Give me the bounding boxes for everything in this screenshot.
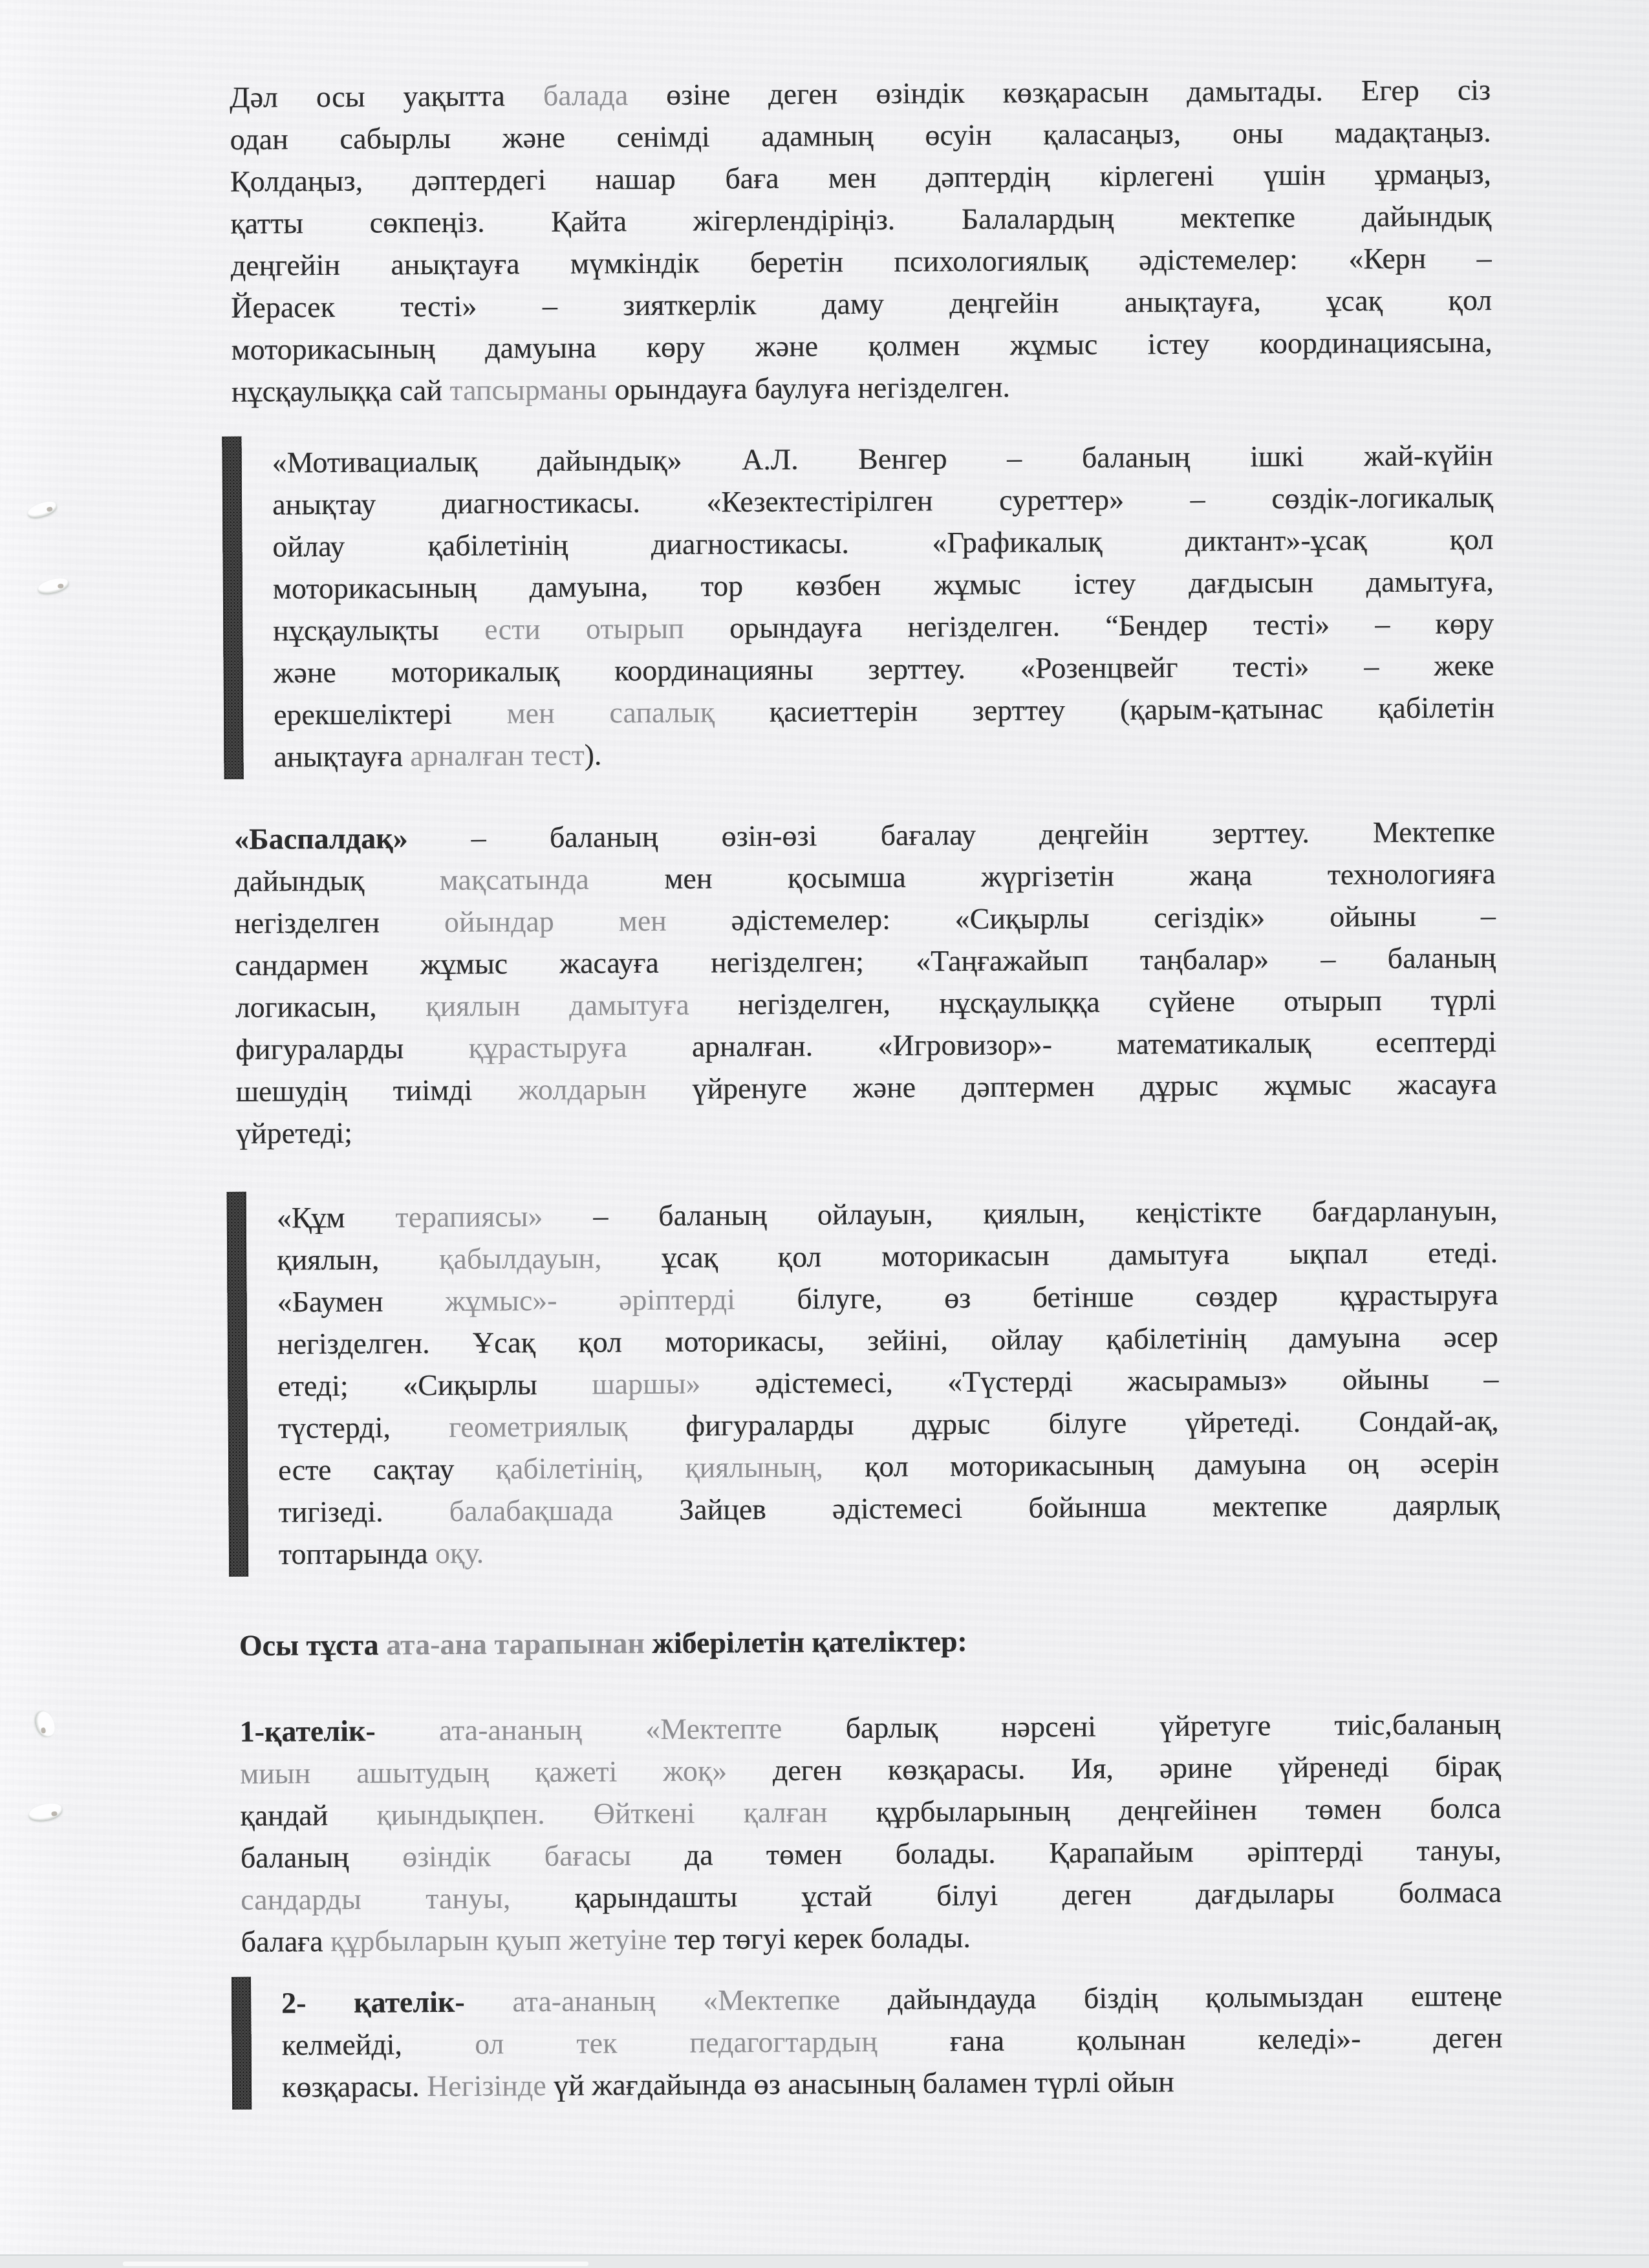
block-text: «Мотивациалық дайындық» А.Л. Венгер – ба… xyxy=(272,434,1494,778)
text-line: 1-қателік- ата-ананың «Мектепте барлық н… xyxy=(239,1703,1500,1753)
faded-ink-text: қиындықпен. Өйткені қалған xyxy=(376,1795,828,1831)
faded-ink-text: сандарды тануы, xyxy=(241,1881,510,1916)
text-line: негізделген. Ұсақ қол моторикасы, зейіні… xyxy=(277,1315,1498,1365)
text-line: нұсқаулықты ести отырып орындауға негізд… xyxy=(273,602,1494,652)
faded-ink-text: ойындар мен xyxy=(444,904,667,938)
text-line: баланың өзіндік бағасы да төмен болады. … xyxy=(241,1829,1502,1879)
text-line: сандармен жұмыс жасауға негізделген; «Та… xyxy=(235,936,1496,986)
faded-ink-text: қабылдауын, xyxy=(439,1241,602,1275)
text-line: түстерді, геометриялық фигураларды дұрыс… xyxy=(278,1399,1499,1449)
bold-text: 1-қателік- xyxy=(239,1714,375,1748)
scanner-edge-band xyxy=(0,2254,1649,2268)
text-line: одан сабырлы және сенімді адамның өсуін … xyxy=(230,111,1491,160)
faded-ink-text: өзіндік бағасы xyxy=(402,1839,631,1873)
text-line: деңгейін анықтауға мүмкіндік беретін пси… xyxy=(231,237,1492,286)
block-text: 2- қателік- ата-ананың «Мектепке дайында… xyxy=(281,1974,1503,2108)
text-line: және моторикалық координацияны зерттеу. … xyxy=(273,644,1494,694)
text-line: сандарды тануы, қарындашты ұстай білуі д… xyxy=(241,1871,1502,1921)
mistake-1-paragraph: 1-қателік- ата-ананың «Мектепте барлық н… xyxy=(230,1703,1502,1963)
faded-ink-text: ата-ана тарапынан xyxy=(386,1626,645,1661)
faded-ink-text: ести отырып xyxy=(484,612,684,646)
quote-accent-bar xyxy=(227,1192,249,1577)
faded-ink-text: балада xyxy=(543,78,629,112)
mistakes-heading: Осы тұста ата-ана тарапынан жіберілетін … xyxy=(230,1617,1500,1667)
mistake-2-quote: 2- қателік- ата-ананың «Мектепке дайында… xyxy=(232,1974,1503,2108)
text-line: дайындық мақсатында мен қосымша жүргізет… xyxy=(234,852,1495,902)
block-text: 1-қателік- ата-ананың «Мектепте барлық н… xyxy=(230,1703,1502,1963)
faded-ink-text: құрбыларын қуып жетуіне xyxy=(330,1923,667,1958)
faded-ink-text: арналған тест xyxy=(410,739,585,773)
text-line: үйретеді; xyxy=(236,1105,1497,1154)
quote-sand-therapy: «Құм терапиясы» – баланың ойлауын, қиялы… xyxy=(227,1189,1500,1575)
text-line: «Баумен жұмыс»- әріптерді білуге, өз бет… xyxy=(277,1273,1498,1323)
faded-ink-text: мен сапалық xyxy=(506,695,715,729)
text-line: шешудің тиімді жолдарын үйренуге және дә… xyxy=(235,1063,1496,1112)
staple-dent-mark xyxy=(28,1802,63,1822)
faded-ink-text: жұмыс»- әріптерді xyxy=(445,1282,735,1317)
text-line: топтарында оқу. xyxy=(279,1526,1500,1575)
quote-accent-bar xyxy=(222,437,243,779)
text-line: тигізеді. балабақшада Зайцев әдістемесі … xyxy=(278,1484,1499,1533)
text-line: балаға құрбыларын қуып жетуіне тер төгуі… xyxy=(241,1913,1502,1963)
scanner-edge-highlight xyxy=(123,2262,588,2266)
text-line: негізделген ойындар мен әдістемелер: «Си… xyxy=(235,894,1496,944)
text-line: ойлау қабілетінің диагностикасы. «График… xyxy=(272,518,1493,568)
block-text: Осы тұста ата-ана тарапынан жіберілетін … xyxy=(230,1617,1500,1667)
bold-text: «Баспалдақ» xyxy=(234,821,408,856)
text-line: 2- қателік- ата-ананың «Мектепке дайында… xyxy=(281,1974,1502,2024)
text-line: «Мотивациалық дайындық» А.Л. Венгер – ба… xyxy=(272,434,1493,484)
text-line: «Құм терапиясы» – баланың ойлауын, қиялы… xyxy=(277,1189,1498,1239)
faded-ink-text: ол тек педагогтардың xyxy=(475,2025,878,2060)
faded-ink-text: балабақшада xyxy=(449,1493,614,1528)
faded-ink-text: ата-ананың «Мектепке xyxy=(512,1983,840,2018)
faded-ink-text: ата-ананың «Мектепте xyxy=(439,1712,782,1747)
faded-ink-text: геометриялық xyxy=(449,1409,627,1443)
text-line: ерекшеліктері мен сапалық қасиеттерін зе… xyxy=(274,686,1494,736)
staple-dent-mark xyxy=(37,577,70,596)
document-blocks: Дәл осы уақытта балада өзіне деген өзінд… xyxy=(220,69,1503,2108)
text-line: «Баспалдақ» – баланың өзін-өзі бағалау д… xyxy=(234,810,1495,860)
text-line: миын ашытудың қажеті жоқ» деген көзқарас… xyxy=(240,1745,1501,1795)
text-line: қиялын, қабылдауын, ұсақ қол моторикасын… xyxy=(277,1231,1498,1281)
staple-dent-mark xyxy=(26,499,58,519)
faded-ink-text: шаршы» xyxy=(592,1366,700,1400)
faded-ink-text: мақсатында xyxy=(440,863,590,896)
baspaldak-paragraph: «Баспалдақ» – баланың өзін-өзі бағалау д… xyxy=(224,810,1497,1154)
faded-ink-text: миын ашытудың қажеті жоқ» xyxy=(240,1754,727,1790)
text-line: логикасын, қиялын дамытуға негізделген, … xyxy=(235,978,1496,1028)
faded-ink-text: тапсырманы xyxy=(449,373,607,406)
text-line: Дәл осы уақытта балада өзіне деген өзінд… xyxy=(230,69,1491,118)
text-line: анықтауға арналған тест). xyxy=(274,728,1494,778)
text-line: моторикасының дамуына, тор көзбен жұмыс … xyxy=(273,560,1494,610)
faded-ink-text: құрастыруға xyxy=(469,1030,627,1064)
text-line: фигураларды құрастыруға арналған. «Игров… xyxy=(235,1021,1496,1070)
text-line: келмейді, ол тек педагогтардың ғана қолы… xyxy=(281,2016,1502,2066)
text-line: есте сақтау қабілетінің, қиялының, қол м… xyxy=(278,1442,1499,1491)
text-line: қатты сөкпеңіз. Қайта жігерлендіріңіз. Б… xyxy=(230,195,1491,244)
quote-accent-bar xyxy=(232,1977,252,2110)
text-line: етеді; «Сиқырлы шаршы» әдістемесі, «Түст… xyxy=(277,1357,1498,1407)
scanned-page: Дәл осы уақытта балада өзіне деген өзінд… xyxy=(0,0,1649,2268)
text-line: Йерасек тесті» – зияткерлік даму деңгейі… xyxy=(231,279,1492,329)
bold-text: 2- қателік- xyxy=(281,1985,465,2020)
block-text: «Баспалдақ» – баланың өзін-өзі бағалау д… xyxy=(224,810,1497,1154)
text-line: нұсқаулыққа сай тапсырманы орындауға бау… xyxy=(232,363,1493,413)
faded-ink-text: терапиясы» xyxy=(395,1200,543,1233)
quote-motivational-readiness: «Мотивациалық дайындық» А.Л. Венгер – ба… xyxy=(222,434,1494,778)
staple-dent-mark xyxy=(34,1709,57,1738)
text-line: Осы тұста ата-ана тарапынан жіберілетін … xyxy=(239,1617,1500,1667)
intro-paragraph: Дәл осы уақытта балада өзіне деген өзінд… xyxy=(220,69,1493,413)
text-line: Қолдаңыз, дәптердегі нашар баға мен дәпт… xyxy=(230,153,1491,202)
faded-ink-text: қабілетінің, қиялының, xyxy=(495,1450,823,1485)
text-line: моторикасының дамуына көру және қолмен ж… xyxy=(231,321,1492,371)
block-text: Дәл осы уақытта балада өзіне деген өзінд… xyxy=(220,69,1493,413)
faded-ink-text: қиялын дамытуға xyxy=(426,988,689,1022)
text-line: анықтау диагностикасы. «Кезектестірілген… xyxy=(272,476,1493,526)
faded-ink-text: Негізінде xyxy=(427,2069,546,2102)
text-line: көзқарасы. Негізінде үй жағдайында өз ан… xyxy=(282,2058,1503,2108)
text-line: қандай қиындықпен. Өйткені қалған құрбыл… xyxy=(240,1787,1501,1837)
faded-ink-text: жолдарын xyxy=(518,1072,647,1106)
faded-ink-text: оқу. xyxy=(435,1537,484,1570)
block-text: «Құм терапиясы» – баланың ойлауын, қиялы… xyxy=(277,1189,1500,1575)
